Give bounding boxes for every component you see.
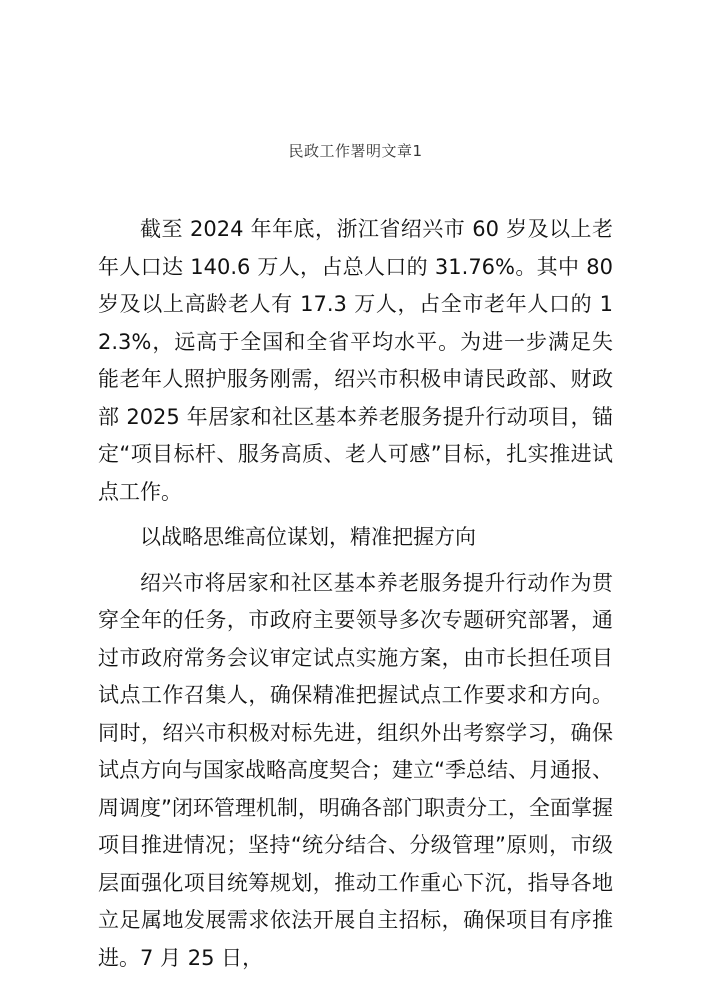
paragraph-subheading: 以战略思维高位谋划，精准把握方向 (98, 519, 613, 557)
paragraph-intro: 截至 2024 年年底，浙江省绍兴市 60 岁及以上老年人口达 140.6 万人… (98, 211, 613, 511)
document-body: 截至 2024 年年底，浙江省绍兴市 60 岁及以上老年人口达 140.6 万人… (98, 211, 613, 977)
document-page: 民政工作署明文章1 截至 2024 年年底，浙江省绍兴市 60 岁及以上老年人口… (0, 0, 711, 1006)
document-title: 民政工作署明文章1 (98, 140, 613, 162)
paragraph-strategy: 绍兴市将居家和社区基本养老服务提升行动作为贯穿全年的任务，市政府主要领导多次专题… (98, 565, 613, 978)
